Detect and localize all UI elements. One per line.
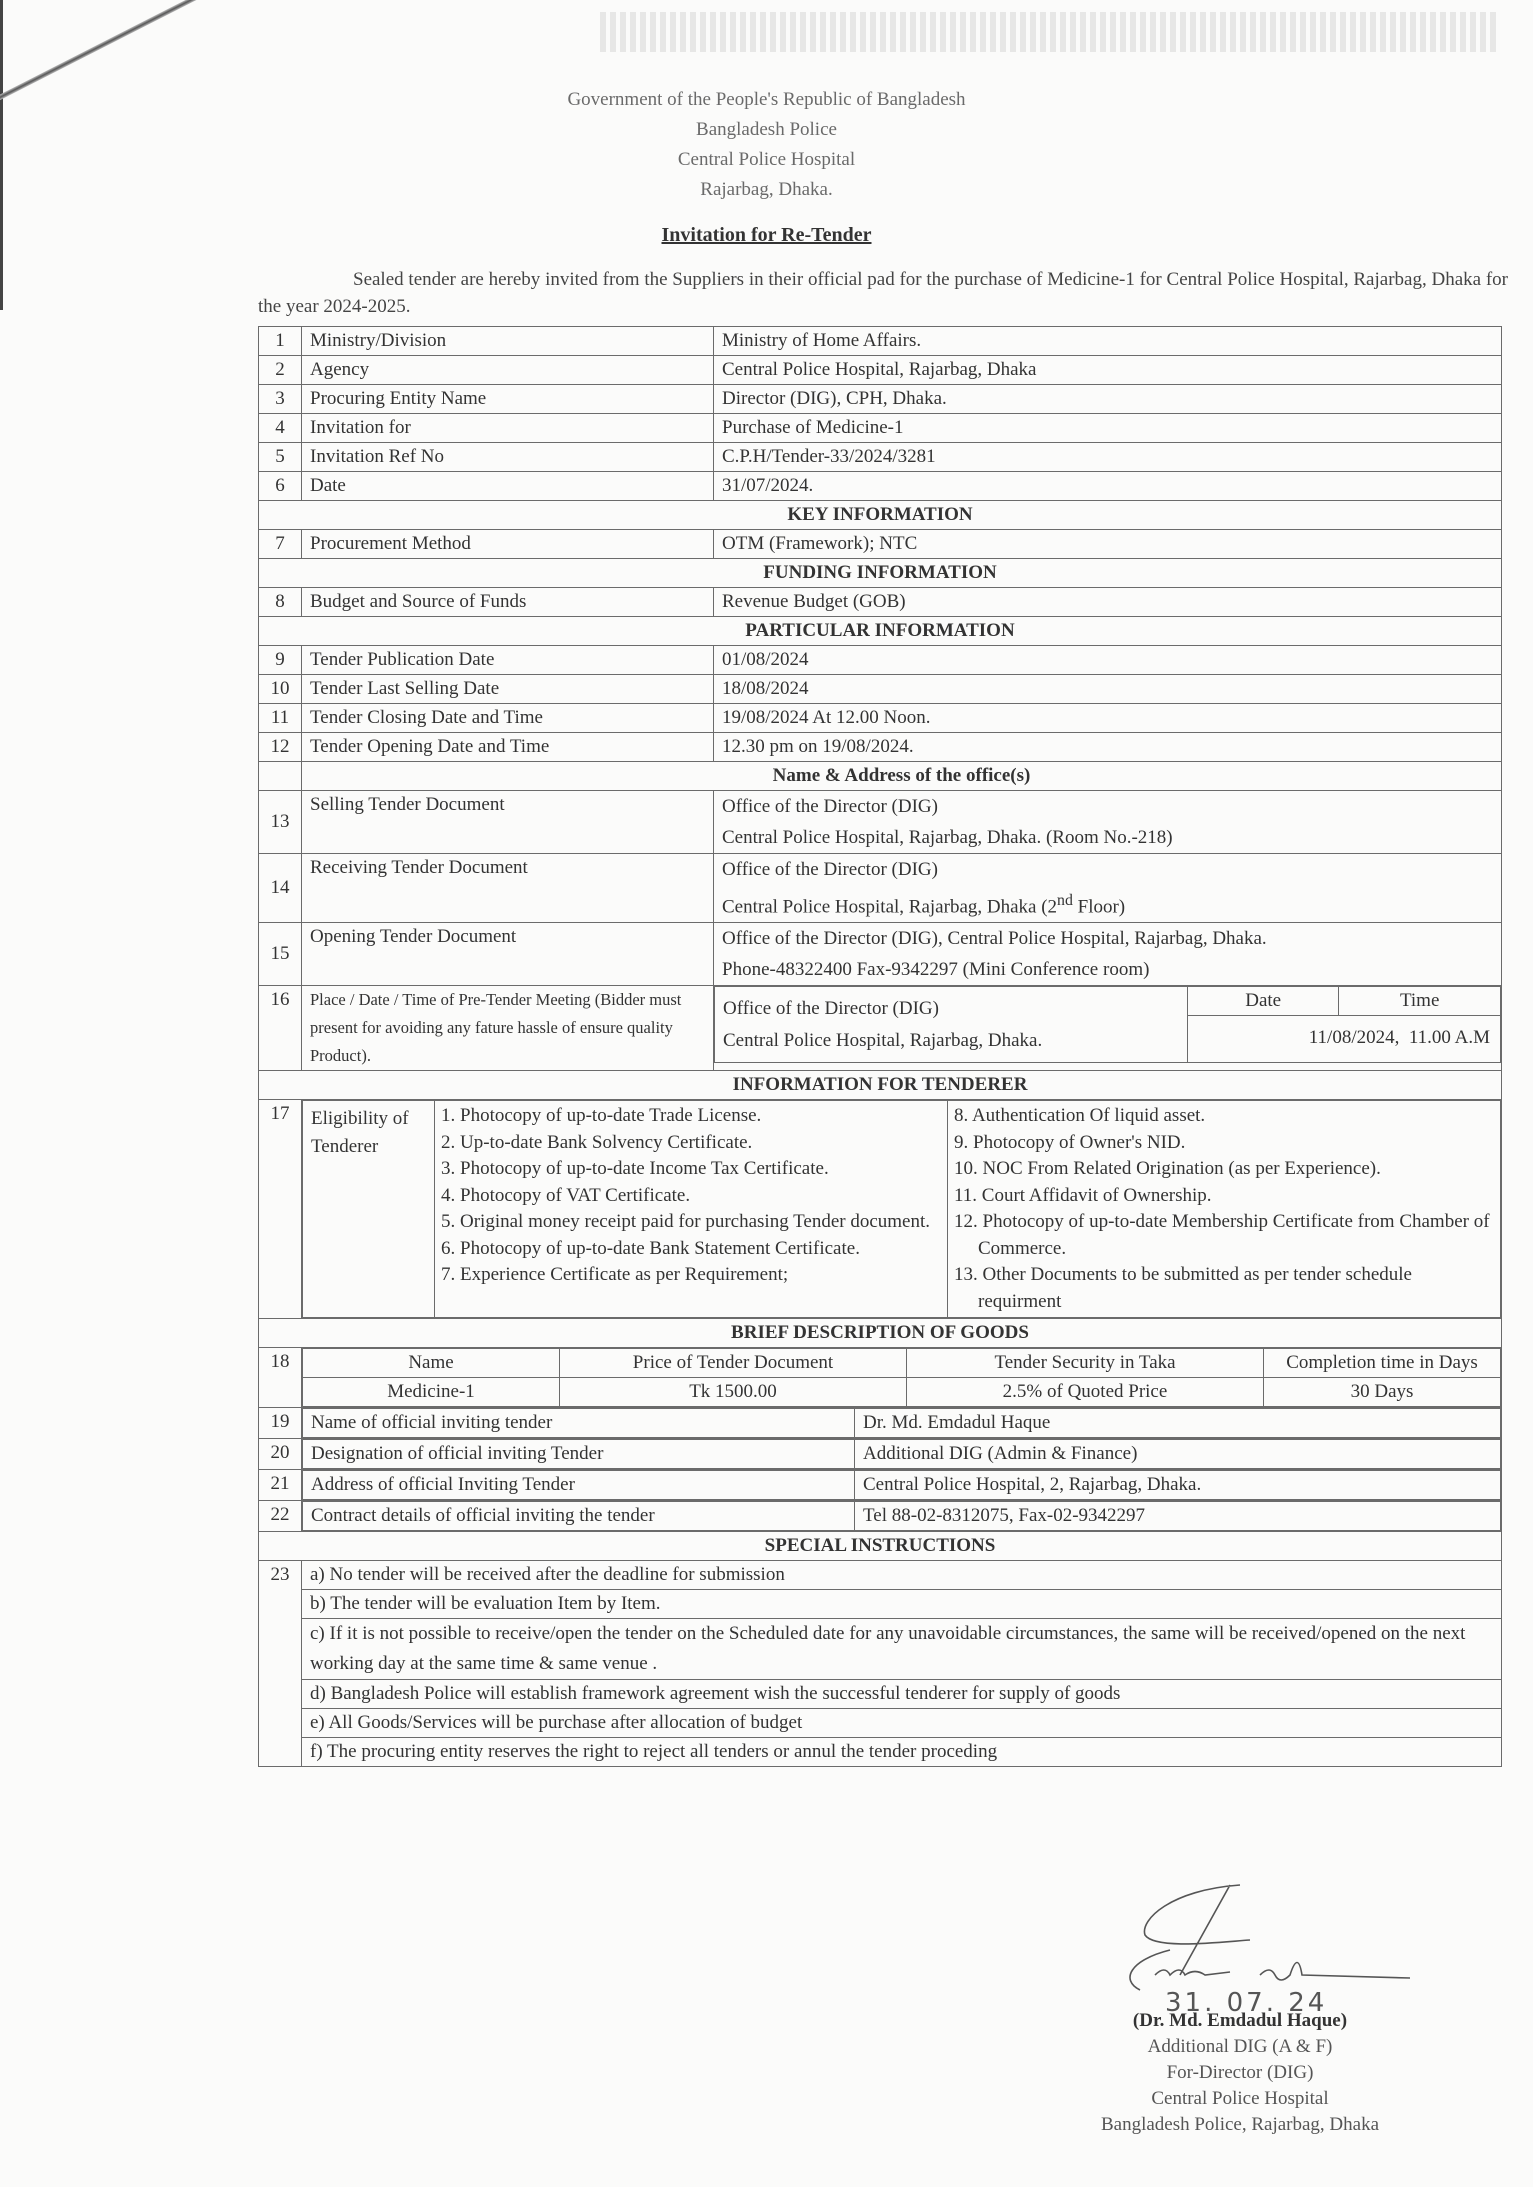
section-title: BRIEF DESCRIPTION OF GOODS	[259, 1319, 1502, 1348]
eligibility-item: 1. Photocopy of up-to-date Trade License…	[441, 1103, 941, 1130]
row-number: 6	[259, 472, 302, 501]
row-label: Agency	[302, 356, 714, 385]
row-label: Opening Tender Document	[302, 923, 714, 986]
office-line-1: Office of the Director (DIG), Central Po…	[722, 923, 1493, 954]
row-number: 9	[259, 646, 302, 675]
row-value: C.P.H/Tender-33/2024/3281	[714, 443, 1502, 472]
official-cell: Name of official inviting tender Dr. Md.…	[302, 1408, 1502, 1439]
office-line-1: Office of the Director (DIG)	[722, 791, 1493, 822]
intro-paragraph: Sealed tender are hereby invited from th…	[258, 266, 1508, 320]
signature-scribble	[1110, 1880, 1410, 2000]
office-line-2: Phone-48322400 Fax-9342297 (Mini Confere…	[722, 959, 1149, 980]
eligibility-item: 3. Photocopy of up-to-date Income Tax Ce…	[441, 1156, 941, 1183]
section-header: BRIEF DESCRIPTION OF GOODS	[259, 1319, 1502, 1348]
row-number: 16	[259, 986, 302, 1071]
row-value: 12.30 pm on 19/08/2024.	[714, 733, 1502, 762]
row-value: Central Police Hospital, Rajarbag, Dhaka	[714, 356, 1502, 385]
signatory-office: Central Police Hospital	[1060, 2086, 1420, 2112]
section-header: Name & Address of the office(s)	[259, 762, 1502, 791]
section-title: KEY INFORMATION	[259, 501, 1502, 530]
row-number: 5	[259, 443, 302, 472]
instruction-row: f) The procuring entity reserves the rig…	[259, 1738, 1502, 1767]
table-row: 3 Procuring Entity Name Director (DIG), …	[259, 385, 1502, 414]
section-header: KEY INFORMATION	[259, 501, 1502, 530]
row-label: Procuring Entity Name	[302, 385, 714, 414]
eligibility-item: 7. Experience Certificate as per Require…	[441, 1262, 941, 1289]
table-row: 10 Tender Last Selling Date 18/08/2024	[259, 675, 1502, 704]
row-value: 01/08/2024	[714, 646, 1502, 675]
table-row: 1 Ministry/Division Ministry of Home Aff…	[259, 327, 1502, 356]
eligibility-item: 12. Photocopy of up-to-date Membership C…	[954, 1209, 1494, 1262]
date-header: Date	[1188, 987, 1339, 1016]
table-row: 16 Place / Date / Time of Pre-Tender Mee…	[259, 986, 1502, 1071]
table-row: 5 Invitation Ref No C.P.H/Tender-33/2024…	[259, 443, 1502, 472]
row-number: 22	[259, 1501, 302, 1532]
eligibility-item: 13. Other Documents to be submitted as p…	[954, 1262, 1494, 1315]
meeting-time: 11.00 A.M	[1409, 1027, 1490, 1048]
section-title: FUNDING INFORMATION	[259, 559, 1502, 588]
row-label: Designation of official inviting Tender	[303, 1440, 855, 1469]
instruction-row: 23 a) No tender will be received after t…	[259, 1561, 1502, 1590]
section-header: INFORMATION FOR TENDERER	[259, 1071, 1502, 1100]
table-row: 7 Procurement Method OTM (Framework); NT…	[259, 530, 1502, 559]
row-value: Office of the Director (DIG)Central Poli…	[714, 791, 1502, 854]
row-label: Tender Publication Date	[302, 646, 714, 675]
row-label: Place / Date / Time of Pre-Tender Meetin…	[302, 986, 714, 1071]
table-row: 22 Contract details of official inviting…	[259, 1501, 1502, 1532]
row-number: 20	[259, 1439, 302, 1470]
row-value: Additional DIG (Admin & Finance)	[855, 1440, 1501, 1469]
row-number: 11	[259, 704, 302, 733]
goods-header: Price of Tender Document	[560, 1349, 907, 1378]
eligibility-item: 11. Court Affidavit of Ownership.	[954, 1183, 1494, 1210]
row-value: Tel 88-02-8312075, Fax-02-9342297	[855, 1502, 1501, 1531]
goods-value: 30 Days	[1264, 1378, 1501, 1407]
row-number: 7	[259, 530, 302, 559]
eligibility-item: 8. Authentication Of liquid asset.	[954, 1103, 1494, 1130]
table-row: 8 Budget and Source of Funds Revenue Bud…	[259, 588, 1502, 617]
empty-cell	[259, 762, 302, 791]
section-header: FUNDING INFORMATION	[259, 559, 1502, 588]
signatory-address: Bangladesh Police, Rajarbag, Dhaka	[1060, 2112, 1420, 2138]
instruction-item: f) The procuring entity reserves the rig…	[302, 1738, 1502, 1767]
time-header: Time	[1339, 987, 1501, 1016]
row-label: Ministry/Division	[302, 327, 714, 356]
table-row: 11 Tender Closing Date and Time 19/08/20…	[259, 704, 1502, 733]
instruction-row: b) The tender will be evaluation Item by…	[259, 1590, 1502, 1619]
row-number: 2	[259, 356, 302, 385]
letterhead-police: Bangladesh Police	[0, 115, 1533, 145]
eligibility-item: 2. Up-to-date Bank Solvency Certificate.	[441, 1130, 941, 1157]
eligibility-item: 9. Photocopy of Owner's NID.	[954, 1130, 1494, 1157]
row-value: Central Police Hospital, 2, Rajarbag, Dh…	[855, 1471, 1501, 1500]
row-label: Invitation for	[302, 414, 714, 443]
row-value: Dr. Md. Emdadul Haque	[855, 1409, 1501, 1438]
row-value: 18/08/2024	[714, 675, 1502, 704]
official-cell: Address of official Inviting Tender Cent…	[302, 1470, 1502, 1501]
table-row: 6 Date 31/07/2024.	[259, 472, 1502, 501]
office-line-2-end: Floor)	[1073, 896, 1125, 917]
row-value: 31/07/2024.	[714, 472, 1502, 501]
instruction-row: c) If it is not possible to receive/open…	[259, 1619, 1502, 1680]
row-label: Invitation Ref No	[302, 443, 714, 472]
eligibility-item: 4. Photocopy of VAT Certificate.	[441, 1183, 941, 1210]
section-title: Name & Address of the office(s)	[302, 762, 1502, 791]
row-value: OTM (Framework); NTC	[714, 530, 1502, 559]
document-title: Invitation for Re-Tender	[0, 224, 1533, 247]
meeting-datetime: 11/08/2024, 11.00 A.M	[1188, 1016, 1501, 1063]
tender-table: 1 Ministry/Division Ministry of Home Aff…	[258, 326, 1502, 1767]
place-line-1: Office of the Director (DIG)	[723, 993, 1179, 1025]
table-row: 2 Agency Central Police Hospital, Rajarb…	[259, 356, 1502, 385]
row-label: Name of official inviting tender	[303, 1409, 855, 1438]
row-number: 15	[259, 923, 302, 986]
row-label: Budget and Source of Funds	[302, 588, 714, 617]
section-header: SPECIAL INSTRUCTIONS	[259, 1532, 1502, 1561]
row-label: Contract details of official inviting th…	[303, 1502, 855, 1531]
row-label: Tender Last Selling Date	[302, 675, 714, 704]
row-label: Procurement Method	[302, 530, 714, 559]
instruction-item: d) Bangladesh Police will establish fram…	[302, 1680, 1502, 1709]
section-title: SPECIAL INSTRUCTIONS	[259, 1532, 1502, 1561]
section-header: PARTICULAR INFORMATION	[259, 617, 1502, 646]
meeting-date: 11/08/2024,	[1309, 1027, 1400, 1048]
bleed-through-text	[600, 12, 1500, 52]
table-row: 13 Selling Tender Document Office of the…	[259, 791, 1502, 854]
row-value: Office of the Director (DIG), Central Po…	[714, 923, 1502, 986]
table-row: 12 Tender Opening Date and Time 12.30 pm…	[259, 733, 1502, 762]
office-line-1: Office of the Director (DIG)	[722, 854, 1493, 885]
eligibility-item: 6. Photocopy of up-to-date Bank Statemen…	[441, 1236, 941, 1263]
table-row: 19 Name of official inviting tender Dr. …	[259, 1408, 1502, 1439]
row-label: Receiving Tender Document	[302, 854, 714, 923]
row-value: 19/08/2024 At 12.00 Noon.	[714, 704, 1502, 733]
eligibility-cell: Eligibility of Tenderer 1. Photocopy of …	[302, 1100, 1502, 1319]
goods-header: Tender Security in Taka	[907, 1349, 1264, 1378]
eligibility-item: 10. NOC From Related Origination (as per…	[954, 1156, 1494, 1183]
official-cell: Contract details of official inviting th…	[302, 1501, 1502, 1532]
goods-value: Medicine-1	[303, 1378, 560, 1407]
instruction-row: e) All Goods/Services will be purchase a…	[259, 1709, 1502, 1738]
office-line-2: Central Police Hospital, Rajarbag, Dhaka…	[722, 896, 1057, 917]
row-number: 19	[259, 1408, 302, 1439]
row-value: Revenue Budget (GOB)	[714, 588, 1502, 617]
pre-tender-details: Office of the Director (DIG) Central Pol…	[714, 986, 1502, 1071]
place-line-2: Central Police Hospital, Rajarbag, Dhaka…	[723, 1025, 1179, 1057]
table-row: 15 Opening Tender Document Office of the…	[259, 923, 1502, 986]
instruction-item: c) If it is not possible to receive/open…	[302, 1619, 1502, 1680]
goods-header: Name	[303, 1349, 560, 1378]
table-row: 9 Tender Publication Date 01/08/2024	[259, 646, 1502, 675]
row-number: 13	[259, 791, 302, 854]
row-label: Tender Closing Date and Time	[302, 704, 714, 733]
goods-value: 2.5% of Quoted Price	[907, 1378, 1264, 1407]
table-row: 4 Invitation for Purchase of Medicine-1	[259, 414, 1502, 443]
row-number: 23	[259, 1561, 302, 1767]
instruction-item: e) All Goods/Services will be purchase a…	[302, 1709, 1502, 1738]
eligibility-right-list: 8. Authentication Of liquid asset.9. Pho…	[948, 1101, 1501, 1318]
meeting-place: Office of the Director (DIG) Central Pol…	[715, 987, 1188, 1063]
row-value: Office of the Director (DIG)Central Poli…	[714, 854, 1502, 923]
signatory-for: For-Director (DIG)	[1060, 2060, 1420, 2086]
row-number: 18	[259, 1348, 302, 1408]
row-number: 12	[259, 733, 302, 762]
eligibility-item: 5. Original money receipt paid for purch…	[441, 1209, 941, 1236]
letterhead-location: Rajarbag, Dhaka.	[0, 175, 1533, 205]
signatory-name: (Dr. Md. Emdadul Haque)	[1060, 2008, 1420, 2034]
row-label: Date	[302, 472, 714, 501]
row-value: Ministry of Home Affairs.	[714, 327, 1502, 356]
row-value: Director (DIG), CPH, Dhaka.	[714, 385, 1502, 414]
instruction-item: b) The tender will be evaluation Item by…	[302, 1590, 1502, 1619]
row-label: Tender Opening Date and Time	[302, 733, 714, 762]
table-row: 18 NamePrice of Tender DocumentTender Se…	[259, 1348, 1502, 1408]
instruction-item: a) No tender will be received after the …	[302, 1561, 1502, 1590]
goods-header: Completion time in Days	[1264, 1349, 1501, 1378]
row-number: 8	[259, 588, 302, 617]
row-number: 3	[259, 385, 302, 414]
eligibility-label: Eligibility of Tenderer	[303, 1101, 435, 1318]
table-row: 17 Eligibility of Tenderer 1. Photocopy …	[259, 1100, 1502, 1319]
table-row: 14 Receiving Tender Document Office of t…	[259, 854, 1502, 923]
goods-value: Tk 1500.00	[560, 1378, 907, 1407]
row-number: 17	[259, 1100, 302, 1319]
eligibility-left-list: 1. Photocopy of up-to-date Trade License…	[435, 1101, 948, 1318]
row-number: 10	[259, 675, 302, 704]
row-number: 21	[259, 1470, 302, 1501]
official-cell: Designation of official inviting Tender …	[302, 1439, 1502, 1470]
row-label: Selling Tender Document	[302, 791, 714, 854]
goods-cell: NamePrice of Tender DocumentTender Secur…	[302, 1348, 1502, 1408]
row-label: Address of official Inviting Tender	[303, 1471, 855, 1500]
row-number: 14	[259, 854, 302, 923]
row-number: 1	[259, 327, 302, 356]
letterhead-hospital: Central Police Hospital	[0, 145, 1533, 175]
ordinal-suffix: nd	[1057, 892, 1073, 909]
table-row: 20 Designation of official inviting Tend…	[259, 1439, 1502, 1470]
office-line-2: Central Police Hospital, Rajarbag, Dhaka…	[722, 827, 1173, 848]
row-number: 4	[259, 414, 302, 443]
letterhead-government: Government of the People's Republic of B…	[0, 85, 1533, 115]
letterhead: Government of the People's Republic of B…	[0, 85, 1533, 205]
row-value: Purchase of Medicine-1	[714, 414, 1502, 443]
table-row: 21 Address of official Inviting Tender C…	[259, 1470, 1502, 1501]
section-title: PARTICULAR INFORMATION	[259, 617, 1502, 646]
section-title: INFORMATION FOR TENDERER	[259, 1071, 1502, 1100]
signatory-designation: Additional DIG (A & F)	[1060, 2034, 1420, 2060]
signature-block: (Dr. Md. Emdadul Haque) Additional DIG (…	[1060, 2008, 1420, 2138]
instruction-row: d) Bangladesh Police will establish fram…	[259, 1680, 1502, 1709]
